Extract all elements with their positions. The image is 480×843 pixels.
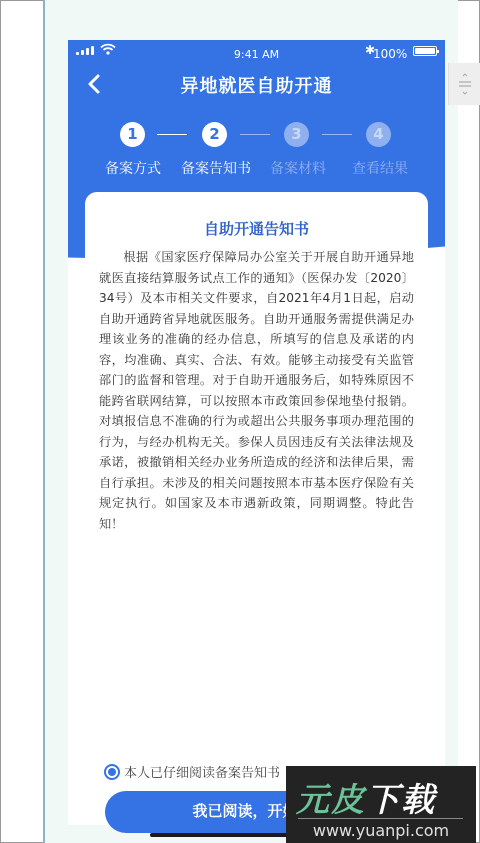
step-3-label: 备案材料	[270, 158, 326, 178]
step-3-indicator: 3	[284, 122, 309, 147]
step-2-label: 备案告知书	[181, 158, 251, 178]
battery-percent: 100%	[373, 47, 407, 61]
notice-body: 根据《国家医疗保障局办公室关于开展自助开通异地就医直接结算服务试点工作的通知》（…	[99, 247, 414, 534]
resize-handle[interactable]	[448, 63, 480, 105]
page-title: 异地就医自助开通	[68, 72, 445, 98]
step-connector-1	[157, 134, 187, 135]
step-4-indicator: 4	[366, 122, 391, 147]
watermark-logo: 元皮下载	[296, 774, 436, 821]
notice-card: 自助开通告知书 根据《国家医疗保障局办公室关于开展自助开通异地就医直接结算服务试…	[85, 192, 428, 825]
battery-icon	[413, 46, 437, 56]
agreement-label: 本人已仔细阅读备案告知书	[124, 762, 280, 781]
nav-bar: 异地就医自助开通	[68, 68, 445, 100]
step-1-indicator: 1	[120, 122, 145, 147]
step-1-label: 备案方式	[105, 158, 161, 178]
watermark-divider	[298, 818, 463, 819]
radio-checked-icon[interactable]	[104, 764, 120, 780]
notice-title: 自助开通告知书	[85, 218, 428, 239]
progress-stepper: 1 2 3 4 备案方式 备案告知书 备案材料 查看结果	[68, 122, 445, 182]
watermark-overlay: 元皮下载 www.yuanpi.com	[286, 766, 476, 843]
agreement-radio[interactable]: 本人已仔细阅读备案告知书	[104, 762, 280, 781]
phone-screen: 9:41 AM ✱ 100% 异地就医自助开通 1 2 3 4 备案方式 备案告…	[68, 40, 445, 825]
step-connector-2	[240, 134, 270, 135]
drag-handle-icon	[458, 73, 472, 95]
step-2-indicator: 2	[202, 122, 227, 147]
step-4-label: 查看结果	[352, 158, 408, 178]
status-bar: 9:41 AM ✱ 100%	[68, 40, 445, 62]
step-connector-3	[322, 134, 352, 135]
watermark-url: www.yuanpi.com	[286, 821, 476, 840]
